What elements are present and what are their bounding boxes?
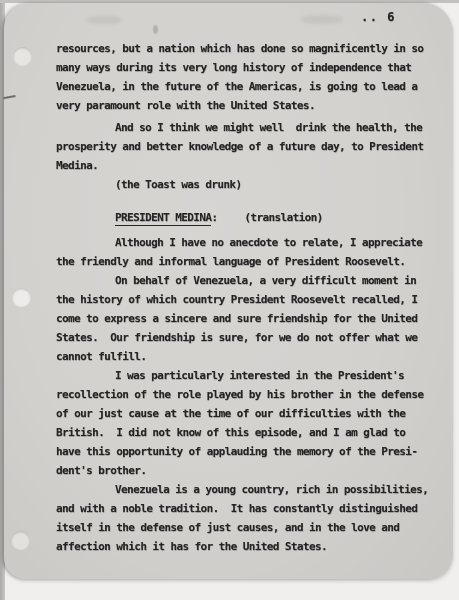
hole-punch-middle — [12, 288, 31, 307]
paragraph: Venezuela is a young country, rich in po… — [56, 480, 436, 556]
scanned-document-photo: { "page": { "number": ".. 6" }, "colors"… — [0, 0, 459, 600]
stage-direction: (the Toast was drunk) — [56, 175, 436, 194]
paragraph: On behalf of Venezuela, a very difficult… — [56, 271, 436, 366]
smudge-mark — [86, 16, 122, 24]
text-line: Venezuela is a young country, rich in po… — [56, 480, 436, 499]
text-line: of our just cause at the time of our dif… — [56, 404, 436, 423]
paragraph: And so I think we might well drink the h… — [56, 118, 436, 175]
text-line: recollection of the role played by his b… — [56, 385, 436, 404]
paragraph: I was particularly interested in the Pre… — [56, 366, 436, 480]
text-line: dent's brother. — [56, 461, 436, 480]
smudge-mark — [153, 25, 158, 34]
paragraph-continuation: resources, but a nation which has done s… — [56, 39, 436, 115]
text-line: many ways during its very long history o… — [56, 58, 436, 77]
text-line: resources, but a nation which has done s… — [56, 39, 436, 58]
text-line: States. Our friendship is sure, for we d… — [56, 328, 436, 347]
text-line: and with a noble tradition. It has const… — [56, 499, 436, 518]
hole-punch-bottom — [11, 531, 30, 550]
text-line: very paramount role with the United Stat… — [56, 96, 436, 115]
text-line: I was particularly interested in the Pre… — [56, 366, 436, 385]
speaker-name: PRESIDENT MEDINA — [115, 211, 211, 226]
text-line: Although I have no anecdote to relate, I… — [56, 233, 436, 252]
hole-punch-top — [13, 47, 32, 66]
speaker-colon: : — [211, 211, 217, 224]
text-line: On behalf of Venezuela, a very difficult… — [56, 271, 436, 290]
page-number: .. 6 — [361, 8, 396, 27]
text-line: the history of which country President R… — [56, 290, 436, 309]
document-text: resources, but a nation which has done s… — [56, 39, 436, 556]
smudge-mark — [300, 15, 344, 24]
text-line: the friendly and informal language of Pr… — [56, 252, 436, 271]
translation-note: (translation) — [244, 211, 322, 224]
text-line: And so I think we might well drink the h… — [56, 118, 436, 137]
text-line: affection which it has for the United St… — [56, 537, 436, 556]
text-line: (the Toast was drunk) — [56, 175, 436, 194]
text-line: Venezuela, in the future of the Americas… — [56, 77, 436, 96]
text-line: prosperity and better knowledge of a fut… — [56, 137, 436, 156]
paragraph: Although I have no anecdote to relate, I… — [56, 233, 436, 271]
speaker-heading: PRESIDENT MEDINA:(translation) — [56, 208, 436, 227]
text-line: have this opportunity of applauding the … — [56, 442, 436, 461]
text-line: cannot fulfill. — [56, 347, 436, 366]
document-page: .. 6 resources, but a nation which has d… — [4, 3, 453, 579]
text-line: British. I did not know of this episode,… — [56, 423, 436, 442]
text-line: come to express a sincere and sure frien… — [56, 309, 436, 328]
scratch-mark — [3, 95, 16, 104]
text-line: Medina. — [56, 156, 436, 175]
text-line: itself in the defense of just causes, an… — [56, 518, 436, 537]
